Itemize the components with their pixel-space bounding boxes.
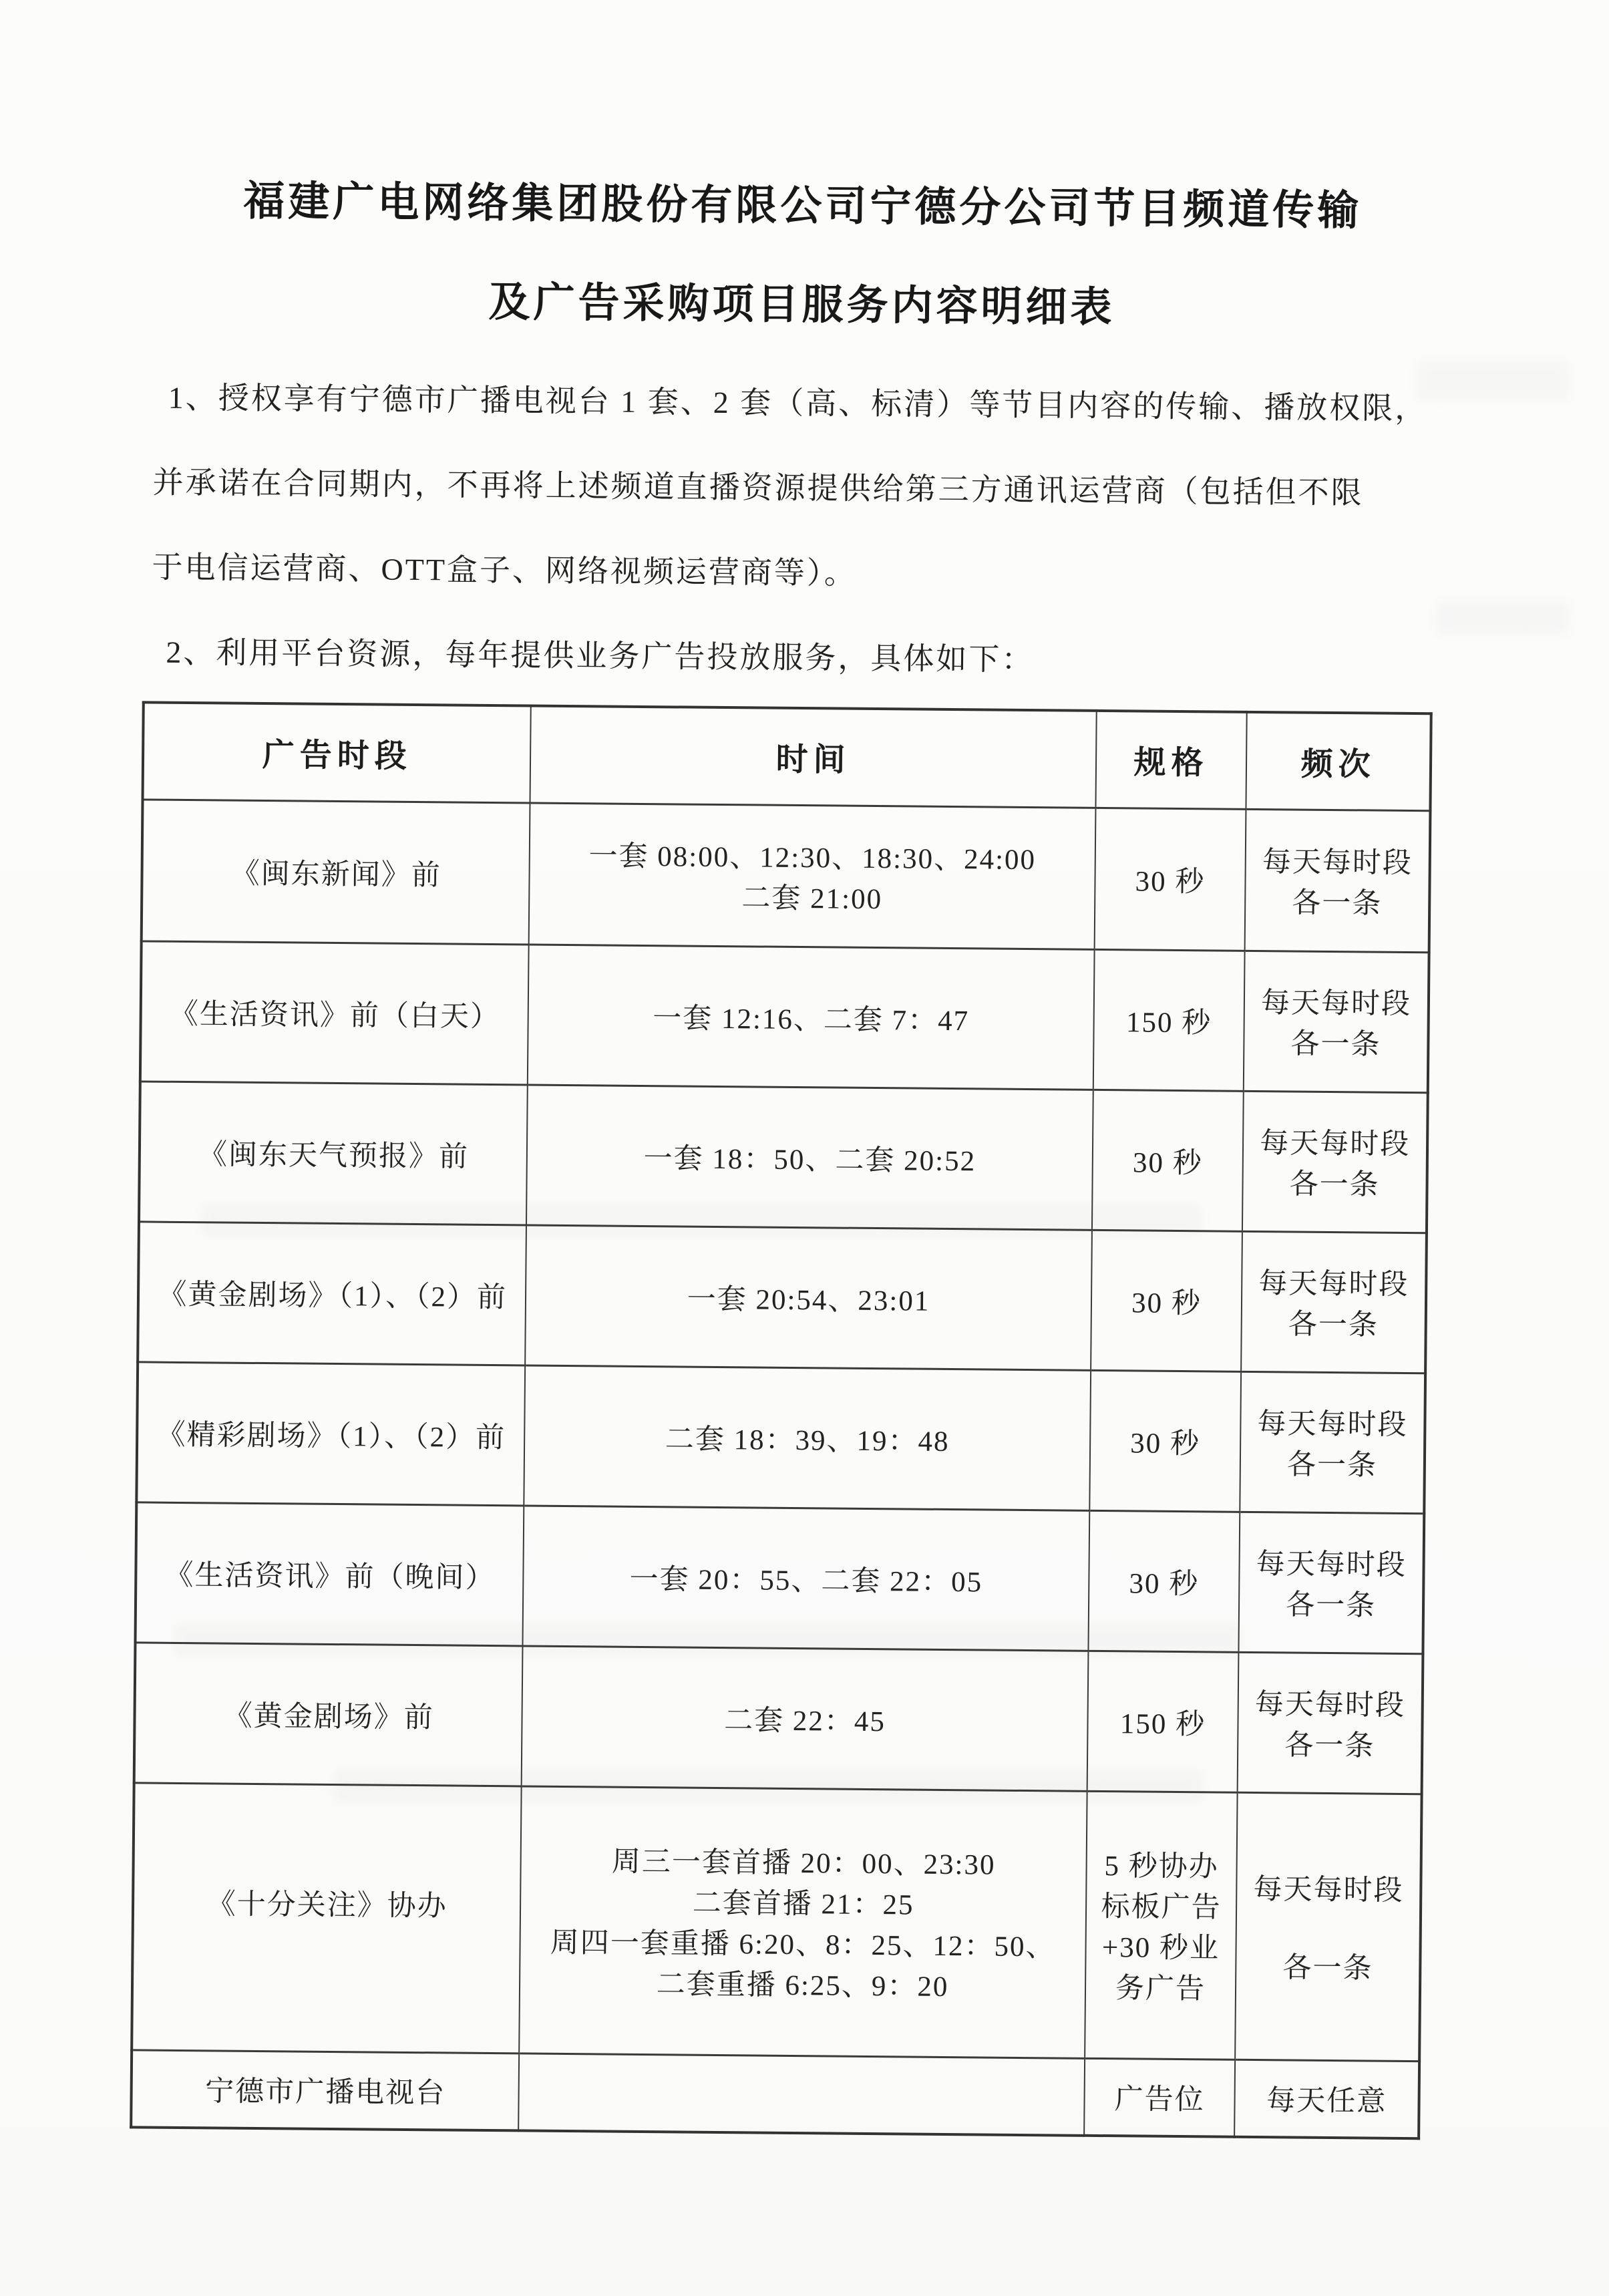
- frequency-cell-text: 每天每时段: [1258, 1261, 1409, 1303]
- scanned-document-page: 福建广电网络集团股份有限公司宁德分公司节目频道传输 及广告采购项目服务内容明细表…: [0, 0, 1609, 2296]
- ad-schedule-table: 广告时段 时间 规格 频次 《闽东新闻》前一套 08:00、12:30、18:3…: [130, 701, 1433, 2140]
- spec-cell-text: +30 秒业: [1102, 1925, 1220, 1967]
- spec-cell-text: 5 秒协办: [1104, 1843, 1219, 1884]
- time-cell: 二套 18：39、19：48: [524, 1365, 1091, 1510]
- frequency-cell-text: 每天每时段: [1256, 1541, 1407, 1583]
- frequency-cell-text: 每天每时段: [1262, 839, 1413, 881]
- table-row: 《黄金剧场》（1）、（2）前一套 20:54、23:0130 秒每天每时段各一条: [138, 1221, 1427, 1373]
- spec-cell-text: 广告位: [1114, 2076, 1205, 2118]
- ad-slot-cell-text: 《黄金剧场》（1）、（2）前: [158, 1271, 507, 1315]
- frequency-cell-text: 各一条: [1284, 1722, 1375, 1764]
- frequency-cell-text: 各一条: [1286, 1582, 1377, 1623]
- paragraph-1-line-3: 于电信运营商、OTT盒子、网络视频运营商等）。: [152, 525, 1454, 621]
- ad-slot-cell: 《黄金剧场》前: [134, 1642, 523, 1786]
- spec-cell-text: 30 秒: [1133, 1140, 1203, 1181]
- table-row: 《十分关注》协办周三一套首播 20：00、23:30二套首播 21：25周四一套…: [132, 1782, 1421, 2061]
- frequency-cell-text: 各一条: [1282, 1945, 1373, 1986]
- time-cell: 一套 12:16、二套 7：47: [528, 944, 1094, 1089]
- ad-slot-cell-text: 《生活资讯》前（晚间）: [164, 1552, 496, 1595]
- ad-slot-cell-text: 《精彩剧场》（1）、（2）前: [156, 1412, 506, 1456]
- column-header-time: 时间: [530, 706, 1097, 808]
- frequency-cell-text: 各一条: [1289, 1161, 1380, 1202]
- frequency-cell: 每天每时段各一条: [1241, 1231, 1427, 1373]
- frequency-cell: 每天每时段各一条: [1235, 1792, 1421, 2061]
- table-row: 宁德市广播电视台广告位每天任意: [131, 2049, 1419, 2138]
- time-cell: 二套 22：45: [522, 1645, 1088, 1790]
- document-title-line2: 及广告采购项目服务内容明细表: [0, 220, 1607, 333]
- spec-cell: 150 秒: [1093, 949, 1244, 1091]
- document-body-text: 1、授权享有宁德市广播电视台 1 套、2 套（高、标清）等节目内容的传输、播放权…: [151, 355, 1455, 706]
- frequency-cell: 每天每时段各一条: [1240, 1371, 1426, 1513]
- time-cell-text: 一套 18：50、二套 20:52: [643, 1136, 976, 1179]
- time-cell-text: 一套 20：55、二套 22：05: [629, 1556, 982, 1600]
- column-header-frequency: 频次: [1246, 712, 1431, 810]
- ad-slot-cell-text: 宁德市广播电视台: [205, 2069, 446, 2112]
- table-row: 《闽东新闻》前一套 08:00、12:30、18:30、24:00二套 21:0…: [142, 799, 1431, 952]
- spec-cell-text: 150 秒: [1126, 999, 1212, 1041]
- frequency-cell: 每天每时段各一条: [1242, 1091, 1428, 1233]
- ad-slot-cell: 《十分关注》协办: [132, 1782, 522, 2053]
- ad-table-body: 《闽东新闻》前一套 08:00、12:30、18:30、24:00二套 21:0…: [131, 799, 1430, 2138]
- time-cell-text: 一套 12:16、二套 7：47: [653, 995, 969, 1039]
- column-header-ad-slot: 广告时段: [143, 702, 532, 802]
- paragraph-1-line-2: 并承诺在合同期内，不再将上述频道直播资源提供给第三方通讯运营商（包括但不限: [152, 440, 1455, 536]
- spec-cell: 150 秒: [1087, 1651, 1238, 1792]
- spec-cell: 30 秒: [1089, 1370, 1241, 1512]
- frequency-cell: 每天每时段各一条: [1239, 1512, 1425, 1653]
- ad-slot-cell: 《生活资讯》前（白天）: [140, 941, 529, 1084]
- frequency-cell-text: 每天每时段: [1255, 1681, 1406, 1724]
- table-row: 《生活资讯》前（晚间）一套 20：55、二套 22：0530 秒每天每时段各一条: [136, 1502, 1425, 1653]
- ad-slot-cell: 《黄金剧场》（1）、（2）前: [138, 1221, 526, 1365]
- table-row: 《闽东天气预报》前一套 18：50、二套 20:5230 秒每天每时段各一条: [139, 1081, 1428, 1233]
- spec-cell: 30 秒: [1094, 808, 1246, 951]
- time-cell-text: 二套首播 21：25: [693, 1880, 914, 1923]
- table-row: 《黄金剧场》前二套 22：45150 秒每天每时段各一条: [134, 1642, 1423, 1794]
- spec-cell-text: 30 秒: [1129, 1561, 1199, 1602]
- spec-cell: 30 秒: [1088, 1510, 1240, 1652]
- spec-cell: 5 秒协办标板广告+30 秒业务广告: [1085, 1791, 1238, 2060]
- paragraph-2: 2、利用平台资源，每年提供业务广告投放服务，具体如下：: [151, 610, 1453, 706]
- frequency-cell-text: 每天每时段: [1261, 980, 1412, 1022]
- time-cell-text: 一套 08:00、12:30、18:30、24:00: [588, 833, 1036, 878]
- column-header-spec: 规格: [1095, 711, 1247, 809]
- frequency-cell-text: 每天任意: [1266, 2078, 1387, 2120]
- spec-cell-text: 150 秒: [1120, 1701, 1206, 1742]
- ad-slot-cell-text: 《闽东天气预报》前: [198, 1132, 470, 1175]
- ad-slot-cell: 《闽东天气预报》前: [139, 1081, 528, 1224]
- time-cell: [518, 2053, 1084, 2135]
- frequency-cell-text: 各一条: [1292, 880, 1383, 921]
- spec-cell-text: 务广告: [1115, 1965, 1206, 2007]
- spec-cell-text: 30 秒: [1135, 858, 1205, 900]
- paragraph-1-line-1: 1、授权享有宁德市广播电视台 1 套、2 套（高、标清）等节目内容的传输、播放权…: [153, 355, 1455, 452]
- frequency-cell: 每天每时段各一条: [1244, 951, 1429, 1092]
- spec-cell: 30 秒: [1092, 1090, 1244, 1231]
- spec-cell-text: 30 秒: [1131, 1280, 1202, 1321]
- table-row: 《精彩剧场》（1）、（2）前二套 18：39、19：4830 秒每天每时段各一条: [136, 1361, 1425, 1513]
- ad-slot-cell-text: 《十分关注》协办: [207, 1881, 448, 1924]
- frequency-cell-text: 每天每时段: [1260, 1120, 1411, 1162]
- ad-slot-cell: 《生活资讯》前（晚间）: [136, 1502, 524, 1645]
- time-cell-text: 二套 21:00: [741, 875, 882, 917]
- table-row: 《生活资讯》前（白天）一套 12:16、二套 7：47150 秒每天每时段各一条: [140, 941, 1429, 1092]
- frequency-cell-text: 每天每时段: [1257, 1401, 1408, 1443]
- time-cell: 一套 20：55、二套 22：05: [523, 1505, 1089, 1650]
- time-cell-text: 二套 22：45: [724, 1697, 886, 1740]
- document-title-line1: 福建广电网络集团股份有限公司宁德分公司节目频道传输: [0, 0, 1609, 234]
- time-cell-text: 周三一套首播 20：00、23:30: [612, 1839, 996, 1883]
- time-cell: 一套 08:00、12:30、18:30、24:00二套 21:00: [529, 803, 1095, 949]
- time-cell-text: 周四一套重播 6:20、8：25、12：50、: [550, 1920, 1056, 1965]
- spec-cell-text: 标板广告: [1101, 1884, 1222, 1926]
- time-cell: 周三一套首播 20：00、23:30二套首播 21：25周四一套重播 6:20、…: [519, 1786, 1087, 2058]
- time-cell: 一套 18：50、二套 20:52: [526, 1084, 1093, 1229]
- ad-slot-cell: 《闽东新闻》前: [142, 799, 530, 944]
- time-cell-text: 二套 18：39、19：48: [665, 1416, 950, 1460]
- frequency-cell: 每天任意: [1234, 2060, 1419, 2138]
- frequency-cell-text: 各一条: [1288, 1301, 1379, 1343]
- frequency-cell-text: 各一条: [1287, 1442, 1378, 1483]
- table-header-row: 广告时段 时间 规格 频次: [143, 702, 1431, 810]
- frequency-cell: 每天每时段各一条: [1238, 1652, 1423, 1794]
- time-cell-text: 二套重播 6:25、9：20: [656, 1961, 948, 2005]
- ad-slot-cell-text: 《生活资讯》前（白天）: [170, 991, 501, 1034]
- spec-cell: 广告位: [1084, 2058, 1236, 2137]
- time-cell-text: 一套 20:54、23:01: [687, 1276, 930, 1319]
- frequency-cell-text: 各一条: [1290, 1021, 1381, 1062]
- ad-slot-cell-text: 《黄金剧场》前: [223, 1693, 434, 1736]
- time-cell: 一套 20:54、23:01: [525, 1224, 1091, 1369]
- document-content: 福建广电网络集团股份有限公司宁德分公司节目频道传输 及广告采购项目服务内容明细表…: [0, 0, 1609, 2141]
- frequency-cell: 每天每时段各一条: [1245, 809, 1431, 952]
- frequency-cell-text: 每天每时段: [1253, 1866, 1404, 1909]
- spec-cell-text: 30 秒: [1130, 1420, 1200, 1462]
- ad-slot-cell: 宁德市广播电视台: [131, 2049, 519, 2130]
- ad-slot-cell: 《精彩剧场》（1）、（2）前: [136, 1361, 525, 1505]
- spec-cell: 30 秒: [1091, 1230, 1242, 1371]
- ad-slot-cell-text: 《闽东新闻》前: [230, 850, 441, 893]
